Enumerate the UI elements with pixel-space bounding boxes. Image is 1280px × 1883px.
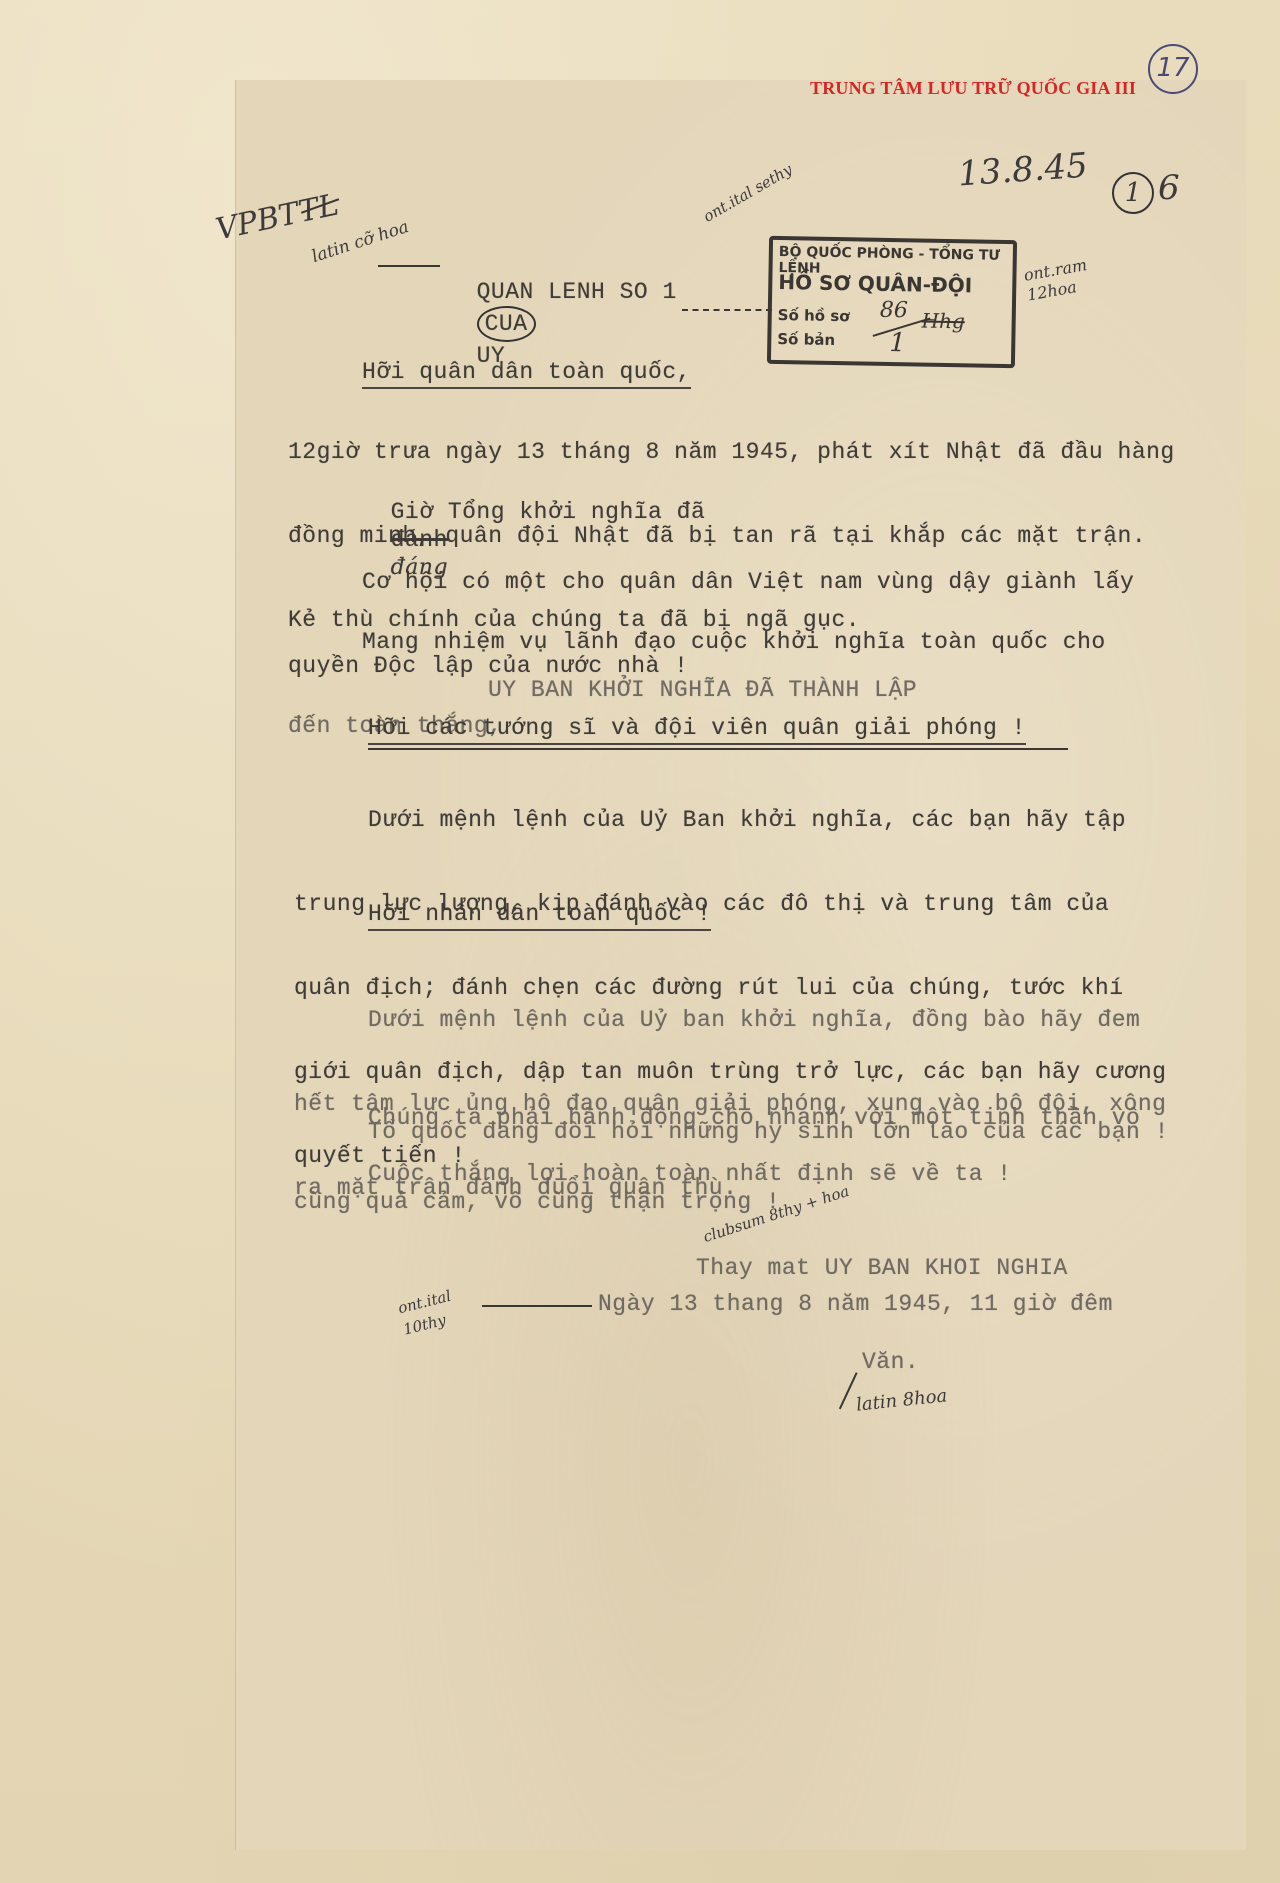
- title-dashed-rule: [682, 309, 772, 311]
- committee-heading: UY BAN KHỞI NGHĨA ĐÃ THÀNH LẬP: [488, 676, 917, 704]
- paragraph-8: Tổ quốc đang đòi hỏi những hy sinh lớn l…: [368, 1118, 1169, 1146]
- archive-stamp: BỘ QUỐC PHÒNG - TỔNG TƯ LỆNH HỒ SƠ QUÂN-…: [767, 236, 1017, 368]
- signature-name: Văn.: [862, 1348, 919, 1376]
- salutation-2: Hỡi các tướng sĩ và đội viên quân giải p…: [368, 714, 1026, 742]
- stamp-file-label: Số hồ sơ: [778, 306, 850, 325]
- handwritten-item-circled: 1: [1112, 172, 1154, 214]
- folio-number: 17: [1148, 44, 1198, 94]
- stamp-copy-value: 1: [889, 328, 906, 358]
- archive-header: TRUNG TÂM LƯU TRỮ QUỐC GIA III: [810, 78, 1136, 99]
- stamp-copy-label: Số bản: [777, 330, 835, 349]
- signature-behalf: Thay mat UY BAN KHOI NGHIA: [696, 1254, 1068, 1282]
- title-prefix: QUAN LENH SO 1: [477, 279, 677, 305]
- note-date-arrow: [482, 1305, 592, 1307]
- document-title: QUAN LENH SO 1 CUA UY: [448, 250, 677, 370]
- salutation-3: Hỡi nhân dân toàn quốc !: [368, 900, 711, 928]
- handwritten-item-number: 6: [1158, 168, 1180, 208]
- signature-date: Ngày 13 thang 8 năm 1945, 11 giờ đêm: [598, 1290, 1113, 1318]
- stamp-struck-value: Hhg: [921, 309, 965, 334]
- note-title-arrow: [378, 265, 440, 267]
- stamp-file-value: 86: [880, 298, 908, 323]
- title-circled-word: CUA: [477, 306, 536, 342]
- paragraph-9: Cuộc thắng lợi hoàn toàn nhất định sẽ về…: [368, 1160, 1012, 1188]
- stamp-line2: HỒ SƠ QUÂN-ĐỘI: [778, 270, 972, 297]
